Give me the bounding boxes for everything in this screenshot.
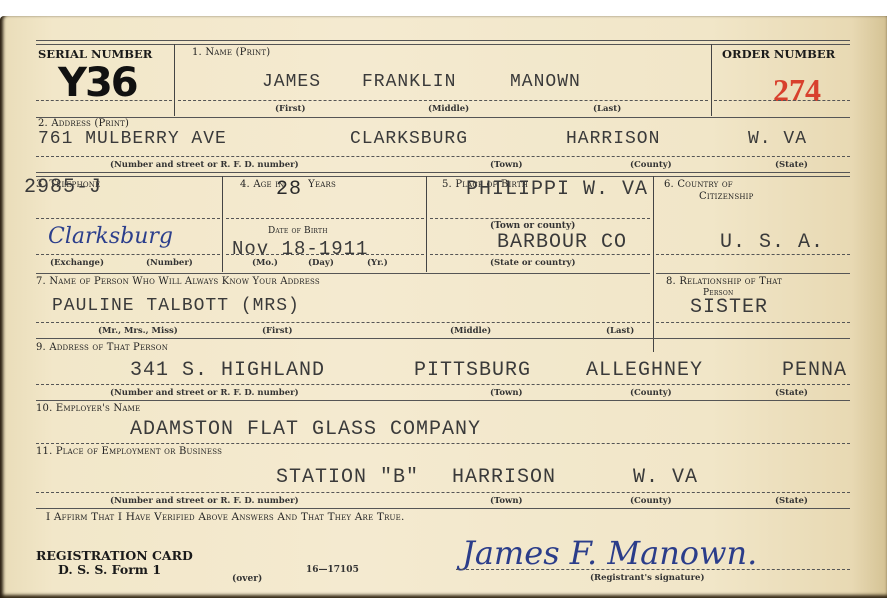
contact-underline [36,322,650,323]
telephone-divider [36,218,220,219]
contact-sub-middle: (Middle) [450,326,491,336]
employment-place-street: STATION "B" [276,466,419,489]
contact-address-underline [36,384,850,385]
dob-sub-month: (Mo.) [252,258,278,268]
contact-address-label: 9. Address of That Person [36,342,168,353]
name-sub-first: (First) [275,104,306,114]
contact-value: PAULINE TALBOTT (MRS) [52,296,300,316]
serial-number-label: SERIAL NUMBER [38,47,152,61]
birthplace-sub-town: (Town or county) [490,221,575,231]
employment-place-label: 11. Place of Employment or Business [36,446,222,457]
citizenship-value: U. S. A. [720,231,824,254]
contact-address-county: ALLEGHNEY [586,359,703,382]
address-county: HARRISON [566,129,660,149]
serial-underline [36,100,172,101]
birthplace-sub-state: (State or country) [490,258,576,268]
print-code: 16—17105 [306,565,359,575]
address-sub-county: (County) [630,160,672,170]
contact-address-sub-county: (County) [630,388,672,398]
employment-place-sub-state: (State) [775,496,808,506]
row-divider [36,117,850,118]
contact-address-street: 341 S. HIGHLAND [130,359,325,382]
dob-sub-day: (Day) [308,258,334,268]
employer-value: ADAMSTON FLAT GLASS COMPANY [130,418,481,441]
telephone-exchange: Clarksburg [48,224,173,249]
employment-place-sub-street: (Number and street or R. F. D. number) [110,496,299,506]
contact-address-sub-street: (Number and street or R. F. D. number) [110,388,299,398]
employment-place-underline [36,492,850,493]
divider [222,176,223,272]
row-divider [36,273,650,274]
contact-address-state: PENNA [782,359,847,382]
affirmation-text: I Affirm That I Have Verified Above Answ… [46,511,405,523]
row-divider [36,172,850,177]
order-number-value: 274 [773,72,821,109]
address-sub-street: (Number and street or R. F. D. number) [110,160,299,170]
form-id: D. S. S. Form 1 [58,562,161,577]
employment-place-sub-town: (Town) [490,496,523,506]
address-underline [36,156,850,157]
relationship-value: SISTER [690,296,768,319]
address-town: CLARKSBURG [350,129,468,149]
name-middle: FRANKLIN [362,72,456,92]
order-number-label: ORDER NUMBER [722,47,835,61]
contact-address-sub-town: (Town) [490,388,523,398]
birthplace-divider [430,218,650,219]
address-label: 2. Address (Print) [38,118,129,129]
age-value: 28 [276,178,302,201]
row-divider [36,338,850,339]
dob-underline [226,254,424,255]
contact-sub-last: (Last) [606,326,634,336]
employer-underline [36,443,850,444]
name-sub-middle: (Middle) [428,104,469,114]
telephone-underline [36,254,220,255]
name-last: MANOWN [510,72,581,92]
registration-card: SERIAL NUMBER Y36 1. Name (Print) JAMES … [0,16,887,598]
birthplace-town: PHILIPPI W. VA [466,178,648,201]
relationship-underline [656,322,850,323]
divider [711,44,712,116]
telephone-sub-exchange: (Exchange) [50,258,104,268]
citizenship-label-1: 6. Country of [664,179,733,190]
dob-sub-year: (Yr.) [367,258,388,268]
row-divider [36,508,850,509]
contact-sub-title: (Mr., Mrs., Miss) [98,326,178,336]
signature-label: (Registrant's signature) [590,573,704,583]
address-street: 761 MULBERRY AVE [38,129,227,149]
address-sub-state: (State) [775,160,808,170]
dob-label: Date of Birth [268,226,328,236]
employment-place-state: W. VA [633,466,698,489]
divider [426,176,427,272]
name-underline [178,100,708,101]
telephone-number: 2985-J [24,176,102,199]
divider [653,176,654,352]
divider [174,44,175,116]
relationship-label-1: 8. Relationship of That [666,276,782,287]
over-label: (over) [232,574,262,584]
row-divider [36,400,850,401]
dob-value: Nov 18-1911 [232,238,368,260]
contact-address-town: PITTSBURG [414,359,531,382]
contact-address-sub-state: (State) [775,388,808,398]
birthplace-state: BARBOUR CO [497,231,627,254]
order-underline [714,100,850,101]
name-label: 1. Name (Print) [192,47,270,58]
row-divider [656,273,850,274]
name-sub-last: (Last) [593,104,621,114]
birthplace-underline [430,254,650,255]
employment-place-sub-county: (County) [630,496,672,506]
form-title: REGISTRATION CARD [36,548,193,563]
contact-sub-first: (First) [262,326,293,336]
name-first: JAMES [262,72,321,92]
employer-label: 10. Employer's Name [36,403,140,414]
age-divider [226,218,424,219]
address-sub-town: (Town) [490,160,523,170]
signature-underline [456,569,850,570]
top-rule [36,40,850,45]
employment-place-county: HARRISON [452,466,556,489]
telephone-sub-number: (Number) [146,258,193,268]
citizenship-label-2: Citizenship [699,191,754,202]
registrant-signature: James F. Manown. [462,534,757,572]
contact-label: 7. Name of Person Who Will Always Know Y… [36,276,320,287]
citizenship-underline [656,254,850,255]
address-state: W. VA [748,129,807,149]
